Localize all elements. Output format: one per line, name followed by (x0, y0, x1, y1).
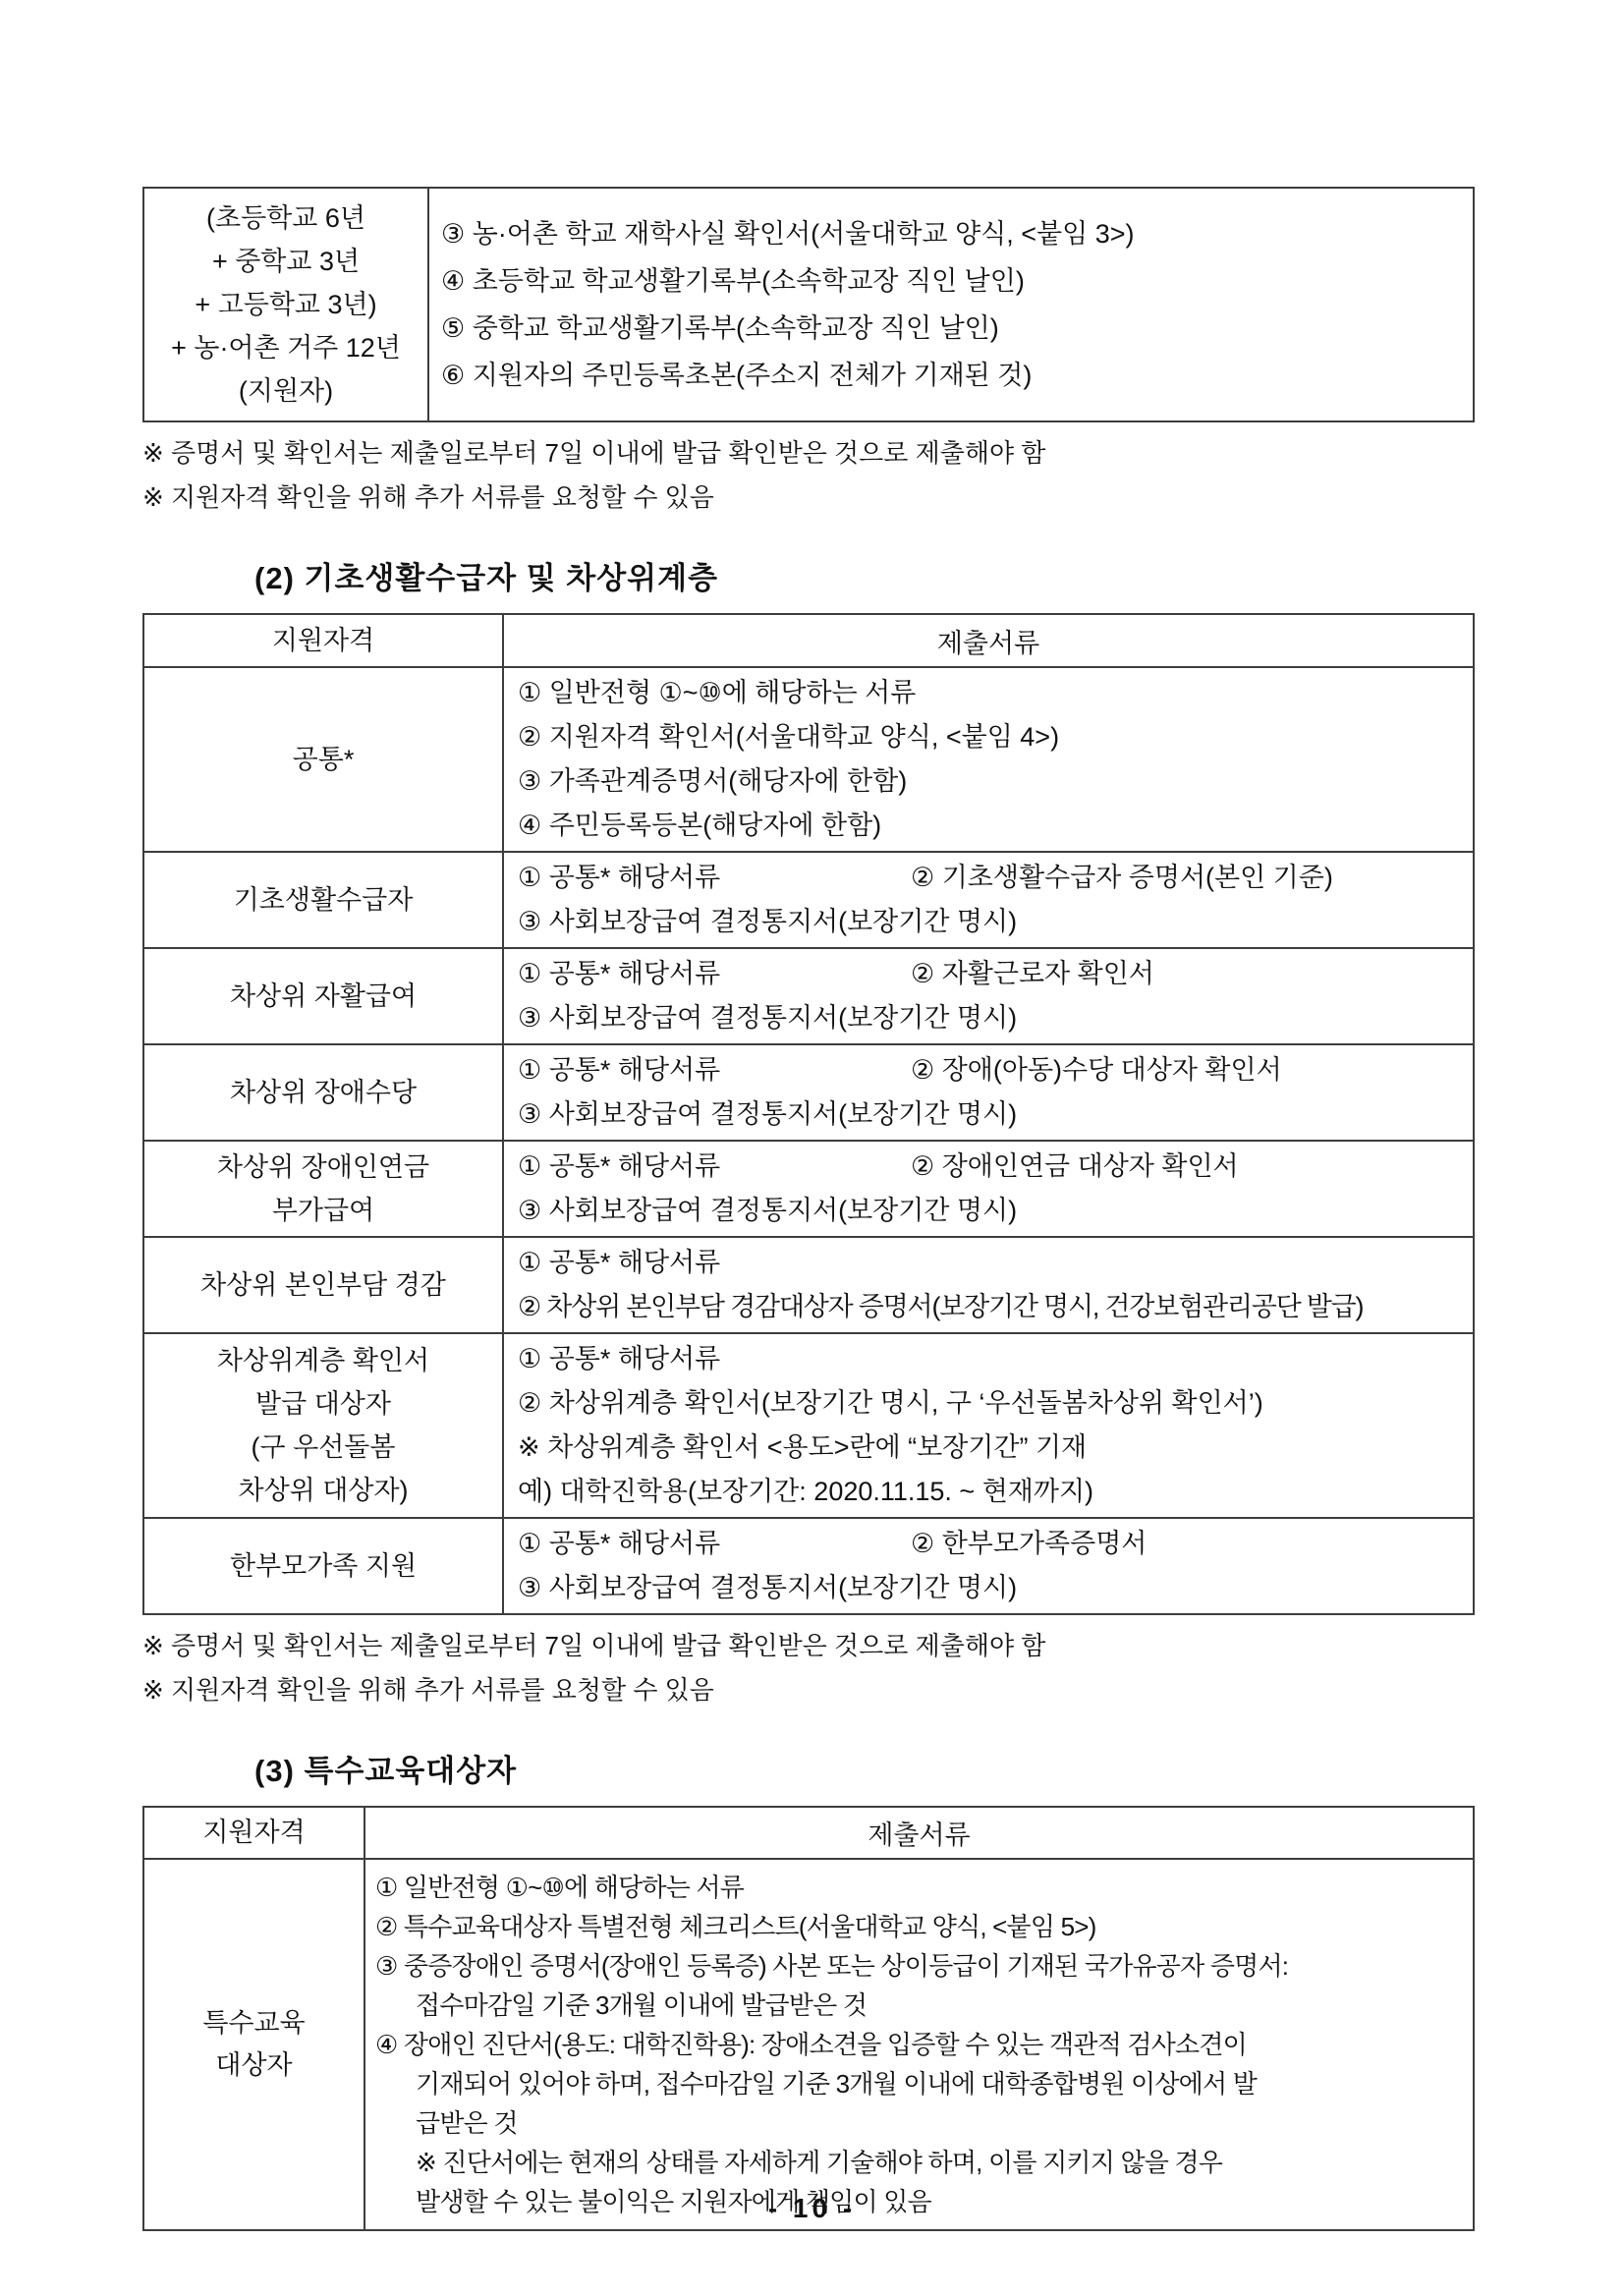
document-line: ① 일반전형 ①~⑩에 해당하는 서류 (518, 671, 1473, 715)
table-row-special-education: 특수교육 대상자 ① 일반전형 ①~⑩에 해당하는 서류 ② 특수교육대상자 특… (143, 1859, 1474, 2230)
document-line: ① 공통* 해당서류② 한부모가족증명서 (518, 1522, 1473, 1566)
qualification-cell: 특수교육 대상자 (143, 1859, 364, 2230)
basic-livelihood-table: 지원자격 제출서류 공통* ① 일반전형 ①~⑩에 해당하는 서류 ② 지원자격… (142, 613, 1475, 1615)
header-documents: 제출서류 (364, 1807, 1474, 1859)
qualification-line: + 고등학교 3년) (144, 283, 427, 326)
qualification-line: 차상위 본인부담 경감 (146, 1263, 500, 1307)
header-qualification: 지원자격 (143, 1807, 364, 1859)
document-line: ※ 차상위계층 확인서 <용도>란에 “보장기간” 기재 (518, 1426, 1473, 1470)
qualification-cell: 한부모가족 지원 (143, 1518, 503, 1614)
special-education-table: 지원자격 제출서류 특수교육 대상자 ① 일반전형 ①~⑩에 해당하는 서류 ②… (142, 1806, 1475, 2231)
document-line: 급받은 것 (375, 2103, 1467, 2143)
qualification-cell: 차상위 본인부담 경감 (143, 1237, 503, 1333)
document-line: ④ 주민등록등본(해당자에 한함) (518, 804, 1473, 848)
qualification-line: 한부모가족 지원 (146, 1544, 500, 1588)
table-row-common: 공통* ① 일반전형 ①~⑩에 해당하는 서류 ② 지원자격 확인서(서울대학교… (143, 667, 1474, 852)
documents-cell: ① 공통* 해당서류② 기초생활수급자 증명서(본인 기준) ③ 사회보장급여 … (503, 852, 1474, 948)
qualification-line: (초등학교 6년 (144, 196, 427, 240)
document-item: ② 장애(아동)수당 대상자 확인서 (911, 1055, 1282, 1085)
table-row: (초등학교 6년 + 중학교 3년 + 고등학교 3년) + 농·어촌 거주 1… (143, 188, 1474, 421)
qualification-cell: 차상위계층 확인서 발급 대상자 (구 우선돌봄 차상위 대상자) (143, 1333, 503, 1518)
qualification-line: 대상자 (146, 2044, 362, 2087)
documents-cell: ① 공통* 해당서류② 자활근로자 확인서 ③ 사회보장급여 결정통지서(보장기… (503, 948, 1474, 1044)
table-row-basic-recipient: 기초생활수급자 ① 공통* 해당서류② 기초생활수급자 증명서(본인 기준) ③… (143, 852, 1474, 948)
document-line: 접수마감일 기준 3개월 이내에 발급받은 것 (375, 1986, 1467, 2025)
document-line: ① 공통* 해당서류 (518, 1241, 1473, 1285)
document-line: ① 공통* 해당서류② 기초생활수급자 증명서(본인 기준) (518, 856, 1473, 900)
document-line: ① 공통* 해당서류 (518, 1337, 1473, 1381)
notes-block: ※ 증명서 및 확인서는 제출일로부터 7일 이내에 발급 확인받은 것으로 제… (142, 1624, 1475, 1712)
header-documents: 제출서류 (503, 614, 1474, 667)
documents-cell: ① 공통* 해당서류② 장애인연금 대상자 확인서 ③ 사회보장급여 결정통지서… (503, 1141, 1474, 1237)
qualification-line: 차상위 장애수당 (146, 1071, 500, 1114)
note-line: ※ 증명서 및 확인서는 제출일로부터 7일 이내에 발급 확인받은 것으로 제… (142, 431, 1475, 476)
document-line: ① 일반전형 ①~⑩에 해당하는 서류 (375, 1868, 1467, 1907)
document-item: ① 공통* 해당서류 (518, 1048, 911, 1092)
documents-cell: ③ 농·어촌 학교 재학사실 확인서(서울대학교 양식, <붙임 3>) ④ 초… (428, 188, 1474, 421)
document-item: ① 공통* 해당서류 (518, 952, 911, 996)
document-line: ※ 진단서에는 현재의 상태를 자세하게 기술해야 하며, 이를 지키지 않을 … (375, 2143, 1467, 2182)
document-item: ② 자활근로자 확인서 (911, 959, 1154, 988)
documents-cell: ① 일반전형 ①~⑩에 해당하는 서류 ② 특수교육대상자 특별전형 체크리스트… (364, 1859, 1474, 2230)
document-item: ② 기초생활수급자 증명서(본인 기준) (911, 863, 1333, 892)
qualification-line: 기초생활수급자 (146, 878, 500, 922)
qualification-line: 공통* (146, 738, 500, 781)
qualification-line: (구 우선돌봄 (146, 1426, 500, 1469)
qualification-cell: 기초생활수급자 (143, 852, 503, 948)
qualification-line: 차상위 장애인연금 (146, 1146, 500, 1189)
document-line: ④ 장애인 진단서(용도: 대학진학용): 장애소견을 입증할 수 있는 객관적… (375, 2025, 1467, 2064)
qualification-line: 부가급여 (146, 1189, 500, 1232)
table-header-row: 지원자격 제출서류 (143, 1807, 1474, 1859)
table-row-self-support: 차상위 자활급여 ① 공통* 해당서류② 자활근로자 확인서 ③ 사회보장급여 … (143, 948, 1474, 1044)
table-row-disability-allowance: 차상위 장애수당 ① 공통* 해당서류② 장애(아동)수당 대상자 확인서 ③ … (143, 1044, 1474, 1141)
qualification-line: 발급 대상자 (146, 1382, 500, 1426)
table-row-near-poverty-certificate: 차상위계층 확인서 발급 대상자 (구 우선돌봄 차상위 대상자) ① 공통* … (143, 1333, 1474, 1518)
page-content: (초등학교 6년 + 중학교 3년 + 고등학교 3년) + 농·어촌 거주 1… (142, 187, 1475, 2231)
document-item: ① 공통* 해당서류 (518, 1522, 911, 1566)
qualification-line: 차상위 자활급여 (146, 975, 500, 1018)
table-header-row: 지원자격 제출서류 (143, 614, 1474, 667)
section3-title: (3) 특수교육대상자 (254, 1746, 1475, 1790)
qualification-line: 차상위 대상자) (146, 1469, 500, 1512)
qualification-line: 특수교육 (146, 2002, 362, 2044)
document-line: ③ 사회보장급여 결정통지서(보장기간 명시) (518, 1092, 1473, 1137)
note-line: ※ 지원자격 확인을 위해 추가 서류를 요청할 수 있음 (142, 476, 1475, 520)
document-item: ② 장애인연금 대상자 확인서 (911, 1151, 1239, 1181)
document-line: ② 특수교육대상자 특별전형 체크리스트(서울대학교 양식, <붙임 5>) (375, 1907, 1467, 1946)
rural-fishing-documents-table: (초등학교 6년 + 중학교 3년 + 고등학교 3년) + 농·어촌 거주 1… (142, 187, 1475, 422)
documents-cell: ① 공통* 해당서류 ② 차상위계층 확인서(보장기간 명시, 구 ‘우선돌봄차… (503, 1333, 1474, 1518)
document-item: ② 한부모가족증명서 (911, 1529, 1147, 1558)
qualification-cell: 차상위 장애인연금 부가급여 (143, 1141, 503, 1237)
document-line: 예) 대학진학용(보장기간: 2020.11.15. ~ 현재까지) (518, 1470, 1473, 1514)
document-line: ② 차상위계층 확인서(보장기간 명시, 구 ‘우선돌봄차상위 확인서’) (518, 1381, 1473, 1426)
note-line: ※ 지원자격 확인을 위해 추가 서류를 요청할 수 있음 (142, 1668, 1475, 1712)
documents-cell: ① 일반전형 ①~⑩에 해당하는 서류 ② 지원자격 확인서(서울대학교 양식,… (503, 667, 1474, 852)
document-page: (초등학교 6년 + 중학교 3년 + 고등학교 3년) + 농·어촌 거주 1… (0, 0, 1624, 2296)
table-row-disability-pension: 차상위 장애인연금 부가급여 ① 공통* 해당서류② 장애인연금 대상자 확인서… (143, 1141, 1474, 1237)
notes-block: ※ 증명서 및 확인서는 제출일로부터 7일 이내에 발급 확인받은 것으로 제… (142, 431, 1475, 520)
documents-cell: ① 공통* 해당서류② 장애(아동)수당 대상자 확인서 ③ 사회보장급여 결정… (503, 1044, 1474, 1141)
document-line: ⑤ 중학교 학교생활기록부(소속학교장 직인 날인) (441, 305, 1473, 352)
note-line: ※ 증명서 및 확인서는 제출일로부터 7일 이내에 발급 확인받은 것으로 제… (142, 1624, 1475, 1668)
qualification-line: + 농·어촌 거주 12년 (144, 326, 427, 369)
document-item: ① 공통* 해당서류 (518, 856, 911, 900)
qualification-cell: 차상위 자활급여 (143, 948, 503, 1044)
section2-title: (2) 기초생활수급자 및 차상위계층 (254, 553, 1475, 597)
document-line: ① 공통* 해당서류② 장애인연금 대상자 확인서 (518, 1145, 1473, 1189)
document-line: ③ 사회보장급여 결정통지서(보장기간 명시) (518, 996, 1473, 1040)
document-line: ③ 중증장애인 증명서(장애인 등록증) 사본 또는 상이등급이 기재된 국가유… (375, 1946, 1467, 1986)
document-line: ② 차상위 본인부담 경감대상자 증명서(보장기간 명시, 건강보험관리공단 발… (518, 1285, 1473, 1329)
table-row-copay-reduction: 차상위 본인부담 경감 ① 공통* 해당서류 ② 차상위 본인부담 경감대상자 … (143, 1237, 1474, 1333)
document-line: ② 지원자격 확인서(서울대학교 양식, <붙임 4>) (518, 715, 1473, 759)
qualification-cell: 공통* (143, 667, 503, 852)
document-line: 기재되어 있어야 하며, 접수마감일 기준 3개월 이내에 대학종합병원 이상에… (375, 2064, 1467, 2103)
qualification-line: 차상위계층 확인서 (146, 1339, 500, 1382)
documents-cell: ① 공통* 해당서류② 한부모가족증명서 ③ 사회보장급여 결정통지서(보장기간… (503, 1518, 1474, 1614)
page-number: - 10 - (0, 2193, 1624, 2224)
document-line: ① 공통* 해당서류② 자활근로자 확인서 (518, 952, 1473, 996)
table-row-single-parent: 한부모가족 지원 ① 공통* 해당서류② 한부모가족증명서 ③ 사회보장급여 결… (143, 1518, 1474, 1614)
qualification-line: + 중학교 3년 (144, 240, 427, 283)
document-line: ④ 초등학교 학교생활기록부(소속학교장 직인 날인) (441, 257, 1473, 305)
qualification-cell: 차상위 장애수당 (143, 1044, 503, 1141)
document-item: ① 공통* 해당서류 (518, 1145, 911, 1189)
document-line: ③ 사회보장급여 결정통지서(보장기간 명시) (518, 900, 1473, 944)
documents-cell: ① 공통* 해당서류 ② 차상위 본인부담 경감대상자 증명서(보장기간 명시,… (503, 1237, 1474, 1333)
document-line: ⑥ 지원자의 주민등록초본(주소지 전체가 기재된 것) (441, 352, 1473, 399)
document-line: ③ 사회보장급여 결정통지서(보장기간 명시) (518, 1189, 1473, 1233)
qualification-line: (지원자) (144, 369, 427, 413)
document-line: ③ 가족관계증명서(해당자에 한함) (518, 759, 1473, 804)
qualification-cell: (초등학교 6년 + 중학교 3년 + 고등학교 3년) + 농·어촌 거주 1… (143, 188, 428, 421)
document-line: ① 공통* 해당서류② 장애(아동)수당 대상자 확인서 (518, 1048, 1473, 1092)
document-line: ③ 사회보장급여 결정통지서(보장기간 명시) (518, 1566, 1473, 1610)
document-line: ③ 농·어촌 학교 재학사실 확인서(서울대학교 양식, <붙임 3>) (441, 210, 1473, 257)
header-qualification: 지원자격 (143, 614, 503, 667)
